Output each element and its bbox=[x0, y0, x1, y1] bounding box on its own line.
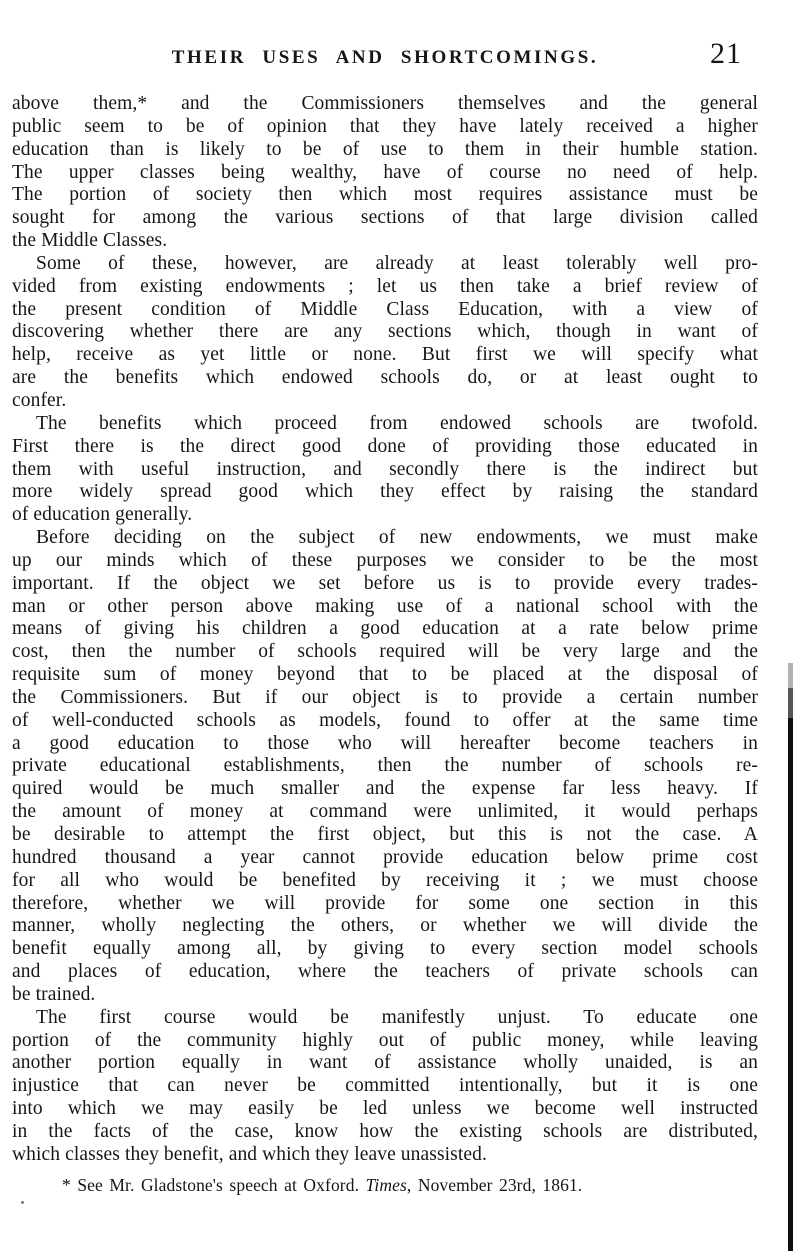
paragraph: Some of these, however, are already at l… bbox=[12, 253, 758, 413]
text-line: sought for among the various sections of… bbox=[12, 207, 758, 230]
paragraph: Before deciding on the subject of new en… bbox=[12, 527, 758, 1007]
text-line: the amount of money at command were unli… bbox=[12, 801, 758, 824]
text-line: the Commissioners. But if our object is … bbox=[12, 687, 758, 710]
text-line: which classes they benefit, and which th… bbox=[12, 1144, 758, 1167]
text-line: means of giving his children a good educ… bbox=[12, 618, 758, 641]
page-header: THEIR USES AND SHORTCOMINGS. 21 bbox=[12, 44, 758, 78]
text-line: in the facts of the case, know how the e… bbox=[12, 1121, 758, 1144]
text-line: man or other person above making use of … bbox=[12, 596, 758, 619]
footnote: * See Mr. Gladstone's speech at Oxford. … bbox=[12, 1175, 758, 1196]
scan-artifact-bar-light bbox=[788, 663, 793, 688]
text-line: confer. bbox=[12, 390, 758, 413]
text-line: help, receive as yet little or none. But… bbox=[12, 344, 758, 367]
text-line: The first course would be manifestly unj… bbox=[12, 1007, 758, 1030]
text-line: public seem to be of opinion that they h… bbox=[12, 116, 758, 139]
text-line: be desirable to attempt the first object… bbox=[12, 824, 758, 847]
text-line: requisite sum of money beyond that to be… bbox=[12, 664, 758, 687]
text-line: The portion of society then which most r… bbox=[12, 184, 758, 207]
text-line: them with useful instruction, and second… bbox=[12, 459, 758, 482]
footnote-citation-italic: Times bbox=[366, 1175, 407, 1195]
text-line: vided from existing endowments ; let us … bbox=[12, 276, 758, 299]
text-line: are the benefits which endowed schools d… bbox=[12, 367, 758, 390]
text-line: a good education to those who will herea… bbox=[12, 733, 758, 756]
text-line: injustice that can never be committed in… bbox=[12, 1075, 758, 1098]
text-line: Some of these, however, are already at l… bbox=[12, 253, 758, 276]
scan-artifact-bar-mid bbox=[788, 688, 793, 718]
text-line: manner, wholly neglecting the others, or… bbox=[12, 915, 758, 938]
book-page: THEIR USES AND SHORTCOMINGS. 21 above th… bbox=[0, 0, 794, 1251]
text-line: into which we may easily be led unless w… bbox=[12, 1098, 758, 1121]
text-line: the present condition of Middle Class Ed… bbox=[12, 299, 758, 322]
text-line: up our minds which of these purposes we … bbox=[12, 550, 758, 573]
text-line: hundred thousand a year cannot provide e… bbox=[12, 847, 758, 870]
page-number: 21 bbox=[710, 37, 742, 71]
text-line: The benefits which proceed from endowed … bbox=[12, 413, 758, 436]
text-line: the Middle Classes. bbox=[12, 230, 758, 253]
text-line: and places of education, where the teach… bbox=[12, 961, 758, 984]
footnote-date: , November 23rd, 1861. bbox=[407, 1175, 582, 1195]
text-line: Before deciding on the subject of new en… bbox=[12, 527, 758, 550]
text-line: education than is likely to be of use to… bbox=[12, 139, 758, 162]
text-line: The upper classes being wealthy, have of… bbox=[12, 162, 758, 185]
running-title: THEIR USES AND SHORTCOMINGS. bbox=[12, 44, 758, 69]
text-line: private educational establishments, then… bbox=[12, 755, 758, 778]
text-line: benefit equally among all, by giving to … bbox=[12, 938, 758, 961]
footnote-text: * See Mr. Gladstone's speech at Oxford. bbox=[62, 1175, 366, 1195]
text-line: of well-conducted schools as models, fou… bbox=[12, 710, 758, 733]
scan-speck bbox=[21, 1201, 24, 1204]
paragraph: The benefits which proceed from endowed … bbox=[12, 413, 758, 527]
text-line: be trained. bbox=[12, 984, 758, 1007]
text-line: cost, then the number of schools require… bbox=[12, 641, 758, 664]
text-line: quired would be much smaller and the exp… bbox=[12, 778, 758, 801]
paragraph: above them,* and the Commissioners thems… bbox=[12, 93, 758, 253]
paragraph: The first course would be manifestly unj… bbox=[12, 1007, 758, 1167]
text-line: portion of the community highly out of p… bbox=[12, 1030, 758, 1053]
text-line: another portion equally in want of assis… bbox=[12, 1052, 758, 1075]
text-line: First there is the direct good done of p… bbox=[12, 436, 758, 459]
text-line: of education generally. bbox=[12, 504, 758, 527]
scan-artifact-bar-dark bbox=[788, 718, 793, 1251]
text-line: for all who would be benefited by receiv… bbox=[12, 870, 758, 893]
text-line: therefore, whether we will provide for s… bbox=[12, 893, 758, 916]
text-line: more widely spread good which they effec… bbox=[12, 481, 758, 504]
text-line: above them,* and the Commissioners thems… bbox=[12, 93, 758, 116]
text-line: important. If the object we set before u… bbox=[12, 573, 758, 596]
text-block: above them,* and the Commissioners thems… bbox=[12, 93, 758, 1167]
text-line: discovering whether there are any sectio… bbox=[12, 321, 758, 344]
